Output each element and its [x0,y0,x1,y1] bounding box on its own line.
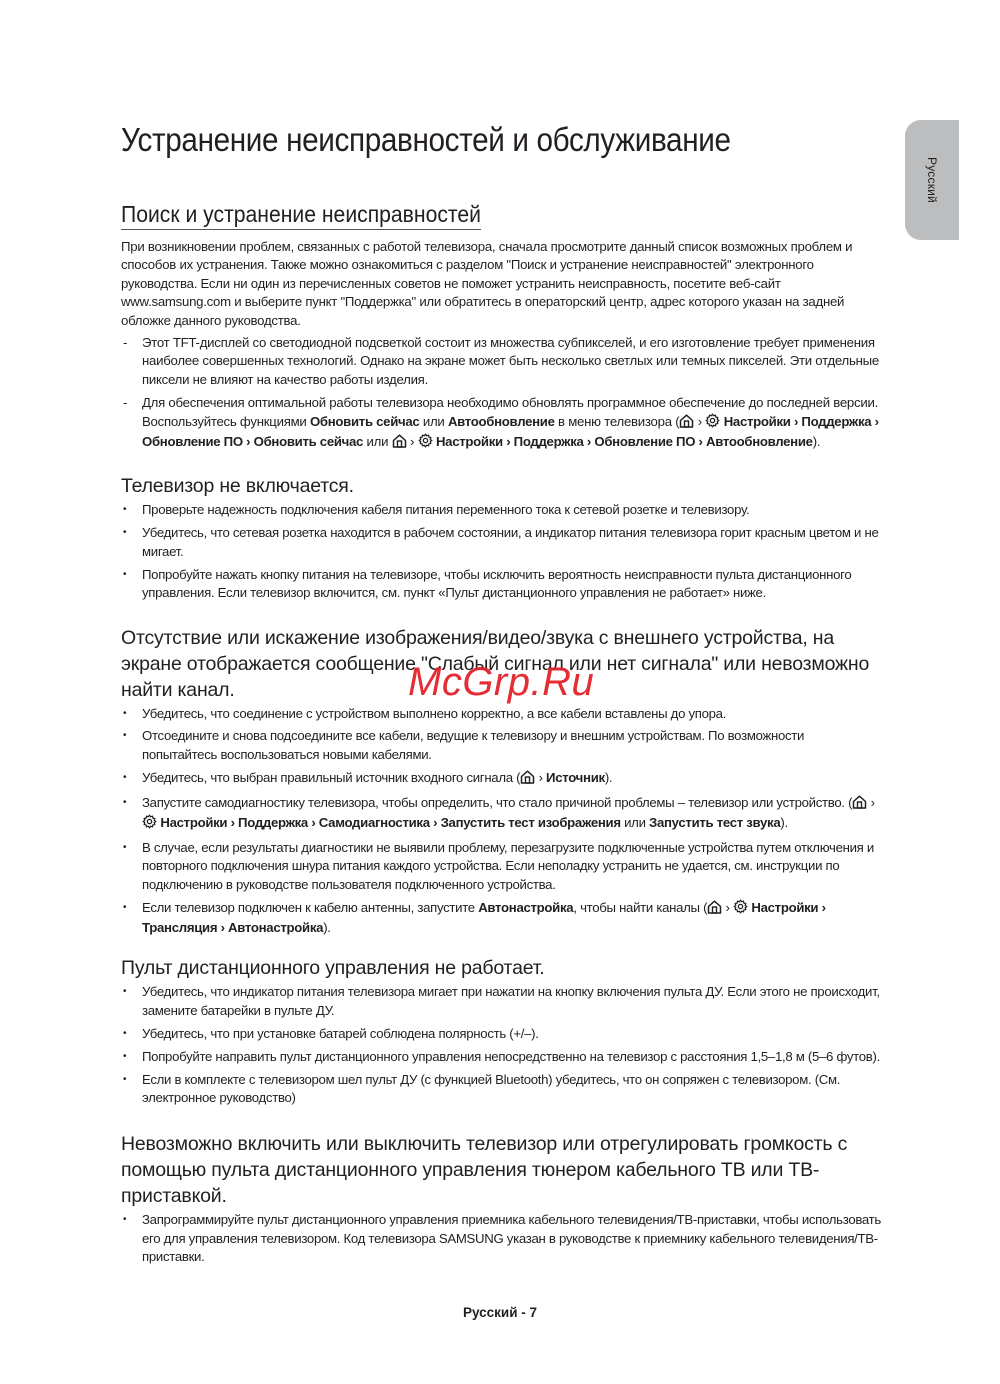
solution-list: Убедитесь, что соединение с устройством … [121,705,881,938]
menu-path: Запустить тест звука [649,815,780,830]
page-title: Устранение неисправностей и обслуживание [121,118,805,162]
gear-icon [733,899,748,919]
solution-item: Убедитесь, что индикатор питания телевиз… [121,983,881,1020]
solution-item: Если телевизор подключен к кабелю антенн… [121,899,881,938]
solution-item: Запрограммируйте пульт дистанционного уп… [121,1211,881,1266]
page-footer: Русский - 7 [0,1305,1000,1320]
menu-path: Источник [546,770,605,785]
text-run: ). [780,815,787,830]
intro-paragraph: При возникновении проблем, связанных с р… [121,238,881,330]
solution-item: Убедитесь, что соединение с устройством … [121,705,881,723]
solution-item: Запустите самодиагностику телевизора, чт… [121,794,881,835]
text-run: ). [323,920,330,935]
text-run: ). [605,770,612,785]
menu-path: Настройки › Поддержка › Самодиагностика … [157,815,621,830]
text-run: Убедитесь, что при установке батарей соб… [142,1026,539,1041]
gear-icon [142,814,157,834]
solution-item: Отсоедините и снова подсоедините все каб… [121,727,881,764]
text-run: Попробуйте нажать кнопку питания на теле… [142,567,851,600]
troubleshooting-sections: Телевизор не включается.Проверьте надежн… [121,473,881,1266]
text-run: Если телевизор подключен к кабелю антенн… [142,900,478,915]
problem-heading: Телевизор не включается. [121,473,881,499]
problem-heading: Пульт дистанционного управления не работ… [121,955,881,981]
home-icon [707,900,722,919]
text-run: Отсоедините и снова подсоедините все каб… [142,728,804,761]
menu-path: Настройки › Поддержка › Обновление ПО › … [433,434,813,449]
text-run: или [621,815,649,830]
notes-list: Этот TFT-дисплей со светодиодной подсвет… [121,334,881,453]
side-tab-label: Русский [925,157,939,203]
text-run: В случае, если результаты диагностики не… [142,840,874,892]
text-run: › [867,795,874,810]
text-run: Убедитесь, что соединение с устройством … [142,706,726,721]
watermark: McGrp.Ru [408,660,594,705]
text-run: › [694,414,705,429]
text-run: Убедитесь, что выбран правильный источни… [142,770,520,785]
menu-path: Автонастройка [478,900,573,915]
text-run: › [535,770,546,785]
problem-heading: Невозможно включить или выключить телеви… [121,1131,881,1209]
text-run: Попробуйте направить пульт дистанционног… [142,1049,880,1064]
menu-path: Обновить сейчас [310,414,419,429]
text-run: Проверьте надежность подключения кабеля … [142,502,749,517]
text-run: Убедитесь, что сетевая розетка находится… [142,525,878,558]
note-item: Этот TFT-дисплей со светодиодной подсвет… [121,334,881,389]
text-run: Запрограммируйте пульт дистанционного уп… [142,1212,881,1264]
note-item: Для обеспечения оптимальной работы телев… [121,394,881,453]
text-run: › [722,900,733,915]
solution-list: Проверьте надежность подключения кабеля … [121,501,881,602]
gear-icon [418,433,433,453]
solution-item: Если в комплекте с телевизором шел пульт… [121,1071,881,1108]
text-run: или [363,434,392,449]
text-run: Если в комплекте с телевизором шел пульт… [142,1072,840,1105]
solution-list: Запрограммируйте пульт дистанционного уп… [121,1211,881,1266]
solution-item: Убедитесь, что сетевая розетка находится… [121,524,881,561]
text-run: в меню телевизора ( [555,414,680,429]
solution-item: В случае, если результаты диагностики не… [121,839,881,894]
solution-item: Попробуйте нажать кнопку питания на теле… [121,566,881,603]
solution-item: Убедитесь, что выбран правильный источни… [121,769,881,789]
text-run: › [407,434,418,449]
text-run: , чтобы найти каналы ( [573,900,707,915]
menu-path: Автообновление [448,414,555,429]
text-run: ). [813,434,821,449]
solution-item: Проверьте надежность подключения кабеля … [121,501,881,519]
gear-icon [705,413,720,433]
solution-item: Убедитесь, что при установке батарей соб… [121,1025,881,1043]
home-icon [520,770,535,789]
text-run: Этот TFT-дисплей со светодиодной подсвет… [142,335,879,387]
text-run: Запустите самодиагностику телевизора, чт… [142,795,852,810]
home-icon [852,795,867,814]
manual-page: Русский Устранение неисправностей и обсл… [0,0,1000,1384]
home-icon [392,434,407,453]
section-title: Поиск и устранение неисправностей [121,199,481,230]
language-side-tab: Русский [905,120,959,240]
solution-list: Убедитесь, что индикатор питания телевиз… [121,983,881,1107]
home-icon [679,414,694,433]
solution-item: Попробуйте направить пульт дистанционног… [121,1048,881,1066]
text-run: или [419,414,448,429]
text-run: Убедитесь, что индикатор питания телевиз… [142,984,880,1017]
